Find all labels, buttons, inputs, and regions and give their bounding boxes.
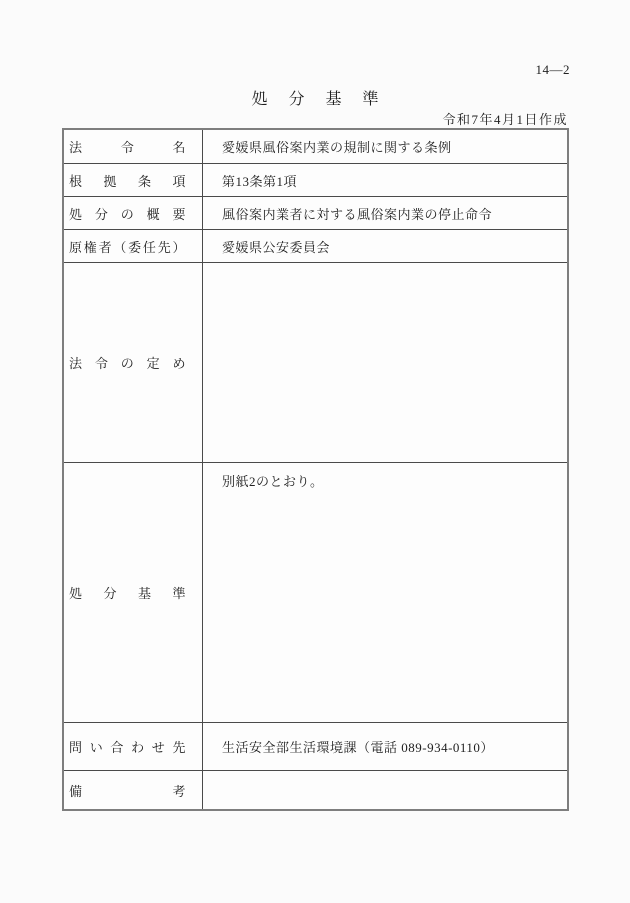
row-disposition-criteria-label: 処分基準 [64, 583, 202, 602]
row-legal-provisions-label-cell: 法令の定め [64, 262, 203, 462]
row-remarks-label: 備考 [64, 781, 202, 800]
row-original-authority-value: 愛媛県公安委員会 [203, 237, 567, 256]
row-original-authority-label: 原権者（委任先） [64, 237, 202, 256]
document-page: 14—2 処分基準 令和7年4月1日作成 法令名 愛媛県風俗案内業の規制に関する… [0, 0, 630, 903]
disposition-standards-table: 法令名 愛媛県風俗案内業の規制に関する条例 根拠条項 第13条第1項 処分の概要… [62, 128, 569, 811]
row-remarks-label-cell: 備考 [64, 770, 203, 809]
row-legal-provisions-value-cell [203, 262, 567, 462]
row-original-authority-value-cell: 愛媛県公安委員会 [203, 229, 567, 262]
row-disposition-criteria-value-cell: 別紙2のとおり。 [203, 462, 567, 722]
row-law-name-value-cell: 愛媛県風俗案内業の規制に関する条例 [203, 130, 567, 163]
row-contact-value: 生活安全部生活環境課（電話 089-934-0110） [203, 737, 567, 756]
row-remarks-value-cell [203, 770, 567, 809]
creation-date-note: 令和7年4月1日作成 [442, 109, 568, 128]
page-title-text: 処分基準 [251, 91, 399, 108]
page-title: 処分基準 [0, 86, 630, 109]
row-legal-provisions-label: 法令の定め [64, 353, 202, 372]
row-law-name-label: 法令名 [64, 137, 202, 156]
row-legal-basis-value-cell: 第13条第1項 [203, 163, 567, 196]
row-legal-basis-value: 第13条第1項 [203, 171, 567, 190]
row-legal-basis-label: 根拠条項 [64, 171, 202, 190]
row-contact-label: 問い合わせ先 [64, 737, 202, 756]
row-disposition-criteria-value: 別紙2のとおり。 [203, 463, 567, 490]
row-disposition-summary-value: 風俗案内業者に対する風俗案内業の停止命令 [203, 204, 567, 223]
page-number: 14—2 [536, 62, 571, 78]
row-law-name-label-cell: 法令名 [64, 130, 203, 163]
row-legal-basis-label-cell: 根拠条項 [64, 163, 203, 196]
row-disposition-summary-value-cell: 風俗案内業者に対する風俗案内業の停止命令 [203, 196, 567, 229]
row-law-name-value: 愛媛県風俗案内業の規制に関する条例 [203, 137, 567, 156]
row-contact-value-cell: 生活安全部生活環境課（電話 089-934-0110） [203, 722, 567, 770]
row-original-authority-label-cell: 原権者（委任先） [64, 229, 203, 262]
row-disposition-summary-label: 処分の概要 [64, 204, 202, 223]
row-contact-label-cell: 問い合わせ先 [64, 722, 203, 770]
row-disposition-criteria-label-cell: 処分基準 [64, 462, 203, 722]
row-disposition-summary-label-cell: 処分の概要 [64, 196, 203, 229]
